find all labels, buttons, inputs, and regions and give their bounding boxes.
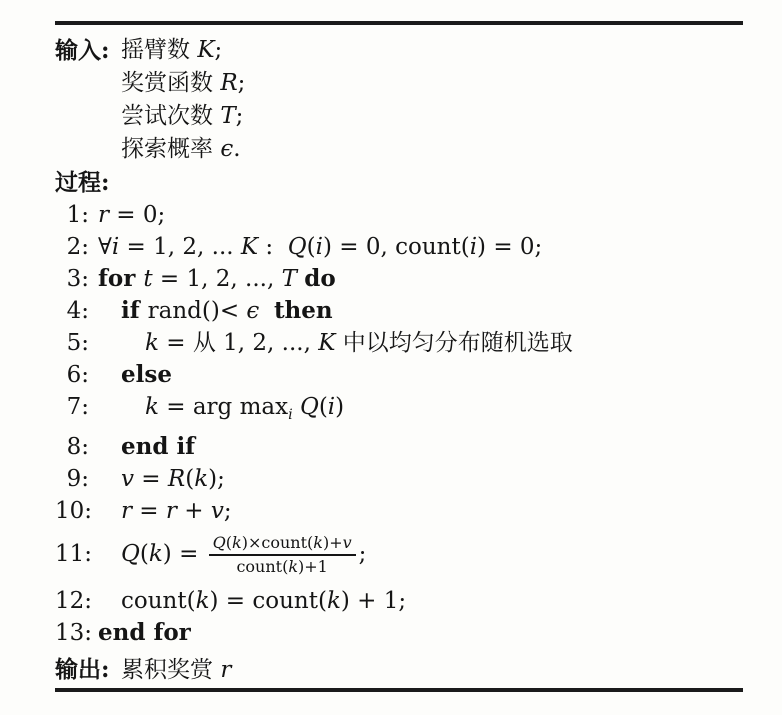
output-content: 累积奖赏 r	[121, 653, 231, 687]
line-content: ∀i = 1, 2, ... K : Q(i) = 0, count(i) = …	[98, 231, 542, 263]
text-segment: else	[121, 361, 172, 388]
text-segment: k	[313, 533, 323, 552]
algo-line-12: 12:count(k) = count(k) + 1;	[55, 585, 750, 617]
algo-line-3: 3:for t = 1, 2, ..., T do	[55, 263, 750, 295]
text-segment: 探索概率	[121, 136, 220, 162]
algorithm-figure: 输入: 摇臂数 K;奖赏函数 R;尝试次数 T;探索概率 ϵ. 过程: 1:r …	[0, 0, 782, 715]
text-segment: ϵ	[220, 136, 233, 162]
text-segment: 摇臂数	[121, 37, 197, 63]
text-segment: rand()<	[148, 298, 247, 324]
text-segment: = 0;	[109, 202, 165, 228]
input-item: 尝试次数 T;	[121, 100, 245, 133]
text-segment: Q	[300, 394, 319, 420]
text-segment	[259, 298, 274, 324]
text-segment: = 1, 2, ...	[119, 234, 241, 260]
algo-line-2: 2:∀i = 1, 2, ... K : Q(i) = 0, count(i) …	[55, 231, 750, 263]
algo-line-9: 9:v = R(k);	[55, 463, 750, 495]
text-segment: ;	[215, 37, 223, 63]
fraction-num: Q(k)×count(k)+v	[209, 533, 356, 556]
output-label: 输出:	[55, 653, 121, 687]
line-number: 1:	[55, 199, 89, 231]
text-segment: r	[121, 498, 132, 524]
input-item: 奖赏函数 R;	[121, 67, 245, 100]
text-segment: T	[282, 266, 297, 292]
line-number: 12:	[55, 585, 89, 617]
text-segment: count(	[121, 588, 196, 614]
fraction-den: count(k)+1	[209, 556, 356, 577]
text-segment: ;	[359, 541, 367, 567]
text-segment: R	[168, 466, 185, 492]
text-segment: +	[177, 498, 211, 524]
text-segment: t	[143, 266, 152, 292]
algo-line-10: 10:r = r + v;	[55, 495, 750, 527]
text-segment: Q	[121, 541, 140, 567]
line-content: end if	[98, 431, 195, 463]
line-number: 13:	[55, 617, 89, 649]
text-segment: end if	[121, 433, 195, 460]
text-segment: T	[220, 103, 235, 129]
text-segment	[335, 330, 342, 356]
algorithm-content: 输入: 摇臂数 K;奖赏函数 R;尝试次数 T;探索概率 ϵ. 过程: 1:r …	[55, 34, 750, 687]
text-segment: ;	[238, 70, 246, 96]
text-segment: ) + 1;	[341, 588, 406, 614]
text-segment: K	[318, 330, 335, 356]
line-number: 6:	[55, 359, 89, 391]
text-segment: .	[233, 136, 240, 162]
text-segment: ) = 0;	[477, 234, 542, 260]
algo-line-6: 6:else	[55, 359, 750, 391]
text-segment: v	[121, 466, 134, 492]
algo-line-4: 4:if rand()< ϵ then	[55, 295, 750, 327]
text-segment: v	[343, 533, 352, 552]
line-content: for t = 1, 2, ..., T do	[98, 263, 336, 295]
algo-line-8: 8:end if	[55, 431, 750, 463]
text-segment: do	[304, 265, 335, 292]
text-segment: = 1, 2, ...,	[153, 266, 282, 292]
input-label: 输入:	[55, 34, 121, 166]
line-content: r = 0;	[98, 199, 165, 231]
text-segment: ;	[236, 103, 244, 129]
text-segment: 1, 2, ...,	[216, 330, 318, 356]
text-segment: =	[134, 466, 168, 492]
algo-line-5: 5:k = 从 1, 2, ..., K 中以均匀分布随机选取	[55, 327, 750, 359]
text-segment: K	[197, 37, 214, 63]
text-segment: 从	[193, 330, 216, 356]
input-item: 探索概率 ϵ.	[121, 133, 245, 166]
text-segment: (	[185, 466, 194, 492]
text-segment: =	[159, 330, 193, 356]
text-segment: r	[166, 498, 177, 524]
text-segment: k	[196, 588, 210, 614]
line-content: Q(k) = Q(k)×count(k)+vcount(k)+1;	[98, 533, 366, 577]
text-segment: for	[98, 265, 143, 292]
text-segment: )	[335, 394, 344, 420]
line-content: r = r + v;	[98, 495, 232, 527]
text-segment: i	[316, 234, 323, 260]
text-segment	[293, 394, 300, 420]
text-segment: (	[140, 541, 149, 567]
text-segment: (	[307, 234, 316, 260]
text-segment: ) = 0, count(	[323, 234, 470, 260]
input-list: 摇臂数 K;奖赏函数 R;尝试次数 T;探索概率 ϵ.	[121, 34, 245, 166]
line-content: k = arg maxi Q(i)	[98, 391, 344, 431]
algo-line-1: 1:r = 0;	[55, 199, 750, 231]
text-segment: if	[121, 297, 148, 324]
bottom-rule	[55, 688, 743, 692]
text-segment: Q	[213, 533, 226, 552]
line-number: 9:	[55, 463, 89, 495]
algo-line-13: 13:end for	[55, 617, 750, 649]
line-content: count(k) = count(k) + 1;	[98, 585, 406, 617]
text-segment: 中以均匀分布随机选取	[343, 330, 573, 356]
text-segment: count(	[236, 557, 288, 576]
text-segment: = arg max	[159, 394, 288, 420]
line-number: 2:	[55, 231, 89, 263]
text-segment: k	[145, 394, 159, 420]
text-segment: 累积奖赏	[121, 657, 220, 683]
text-segment: )+	[323, 533, 343, 552]
text-segment: )×count(	[242, 533, 314, 552]
line-content: else	[98, 359, 172, 391]
text-segment: k	[327, 588, 341, 614]
text-segment: k	[288, 557, 298, 576]
line-number: 11:	[55, 538, 89, 570]
line-number: 5:	[55, 327, 89, 359]
text-segment: k	[194, 466, 208, 492]
line-number: 8:	[55, 431, 89, 463]
line-number: 3:	[55, 263, 89, 295]
text-segment: :	[258, 234, 288, 260]
text-segment: ϵ	[246, 298, 259, 324]
text-segment: then	[274, 297, 333, 324]
input-item: 摇臂数 K;	[121, 34, 245, 67]
text-segment: ) =	[163, 541, 206, 567]
input-block: 输入: 摇臂数 K;奖赏函数 R;尝试次数 T;探索概率 ϵ.	[55, 34, 750, 166]
top-rule	[55, 21, 743, 25]
text-segment: K	[241, 234, 258, 260]
process-label: 过程:	[55, 166, 750, 199]
text-segment: 尝试次数	[121, 103, 220, 129]
text-segment: r	[98, 202, 109, 228]
text-segment: k	[232, 533, 242, 552]
text-segment: )+1	[298, 557, 328, 576]
line-number: 10:	[55, 495, 89, 527]
line-content: v = R(k);	[98, 463, 225, 495]
line-content: k = 从 1, 2, ..., K 中以均匀分布随机选取	[98, 327, 573, 359]
text-segment: R	[220, 70, 237, 96]
line-content: end for	[98, 617, 191, 649]
line-content: if rand()< ϵ then	[98, 295, 333, 327]
line-number: 4:	[55, 295, 89, 327]
text-segment: k	[145, 330, 159, 356]
algo-line-11: 11:Q(k) = Q(k)×count(k)+vcount(k)+1;	[55, 527, 750, 585]
text-segment: 奖赏函数	[121, 70, 220, 96]
text-segment: Q	[288, 234, 307, 260]
text-segment: k	[149, 541, 163, 567]
output-block: 输出: 累积奖赏 r	[55, 653, 750, 687]
text-segment: =	[132, 498, 166, 524]
text-segment: i	[470, 234, 477, 260]
text-segment: ;	[224, 498, 232, 524]
text-segment: ∀	[98, 234, 112, 260]
text-segment: end for	[98, 619, 191, 646]
algo-line-7: 7:k = arg maxi Q(i)	[55, 391, 750, 431]
text-segment: ) = count(	[210, 588, 327, 614]
fraction: Q(k)×count(k)+vcount(k)+1	[209, 533, 356, 577]
text-segment: v	[211, 498, 224, 524]
text-segment: r	[220, 657, 231, 683]
text-segment: );	[208, 466, 225, 492]
pseudocode-lines: 1:r = 0;2:∀i = 1, 2, ... K : Q(i) = 0, c…	[55, 199, 750, 649]
text-segment: (	[319, 394, 328, 420]
line-number: 7:	[55, 391, 89, 423]
